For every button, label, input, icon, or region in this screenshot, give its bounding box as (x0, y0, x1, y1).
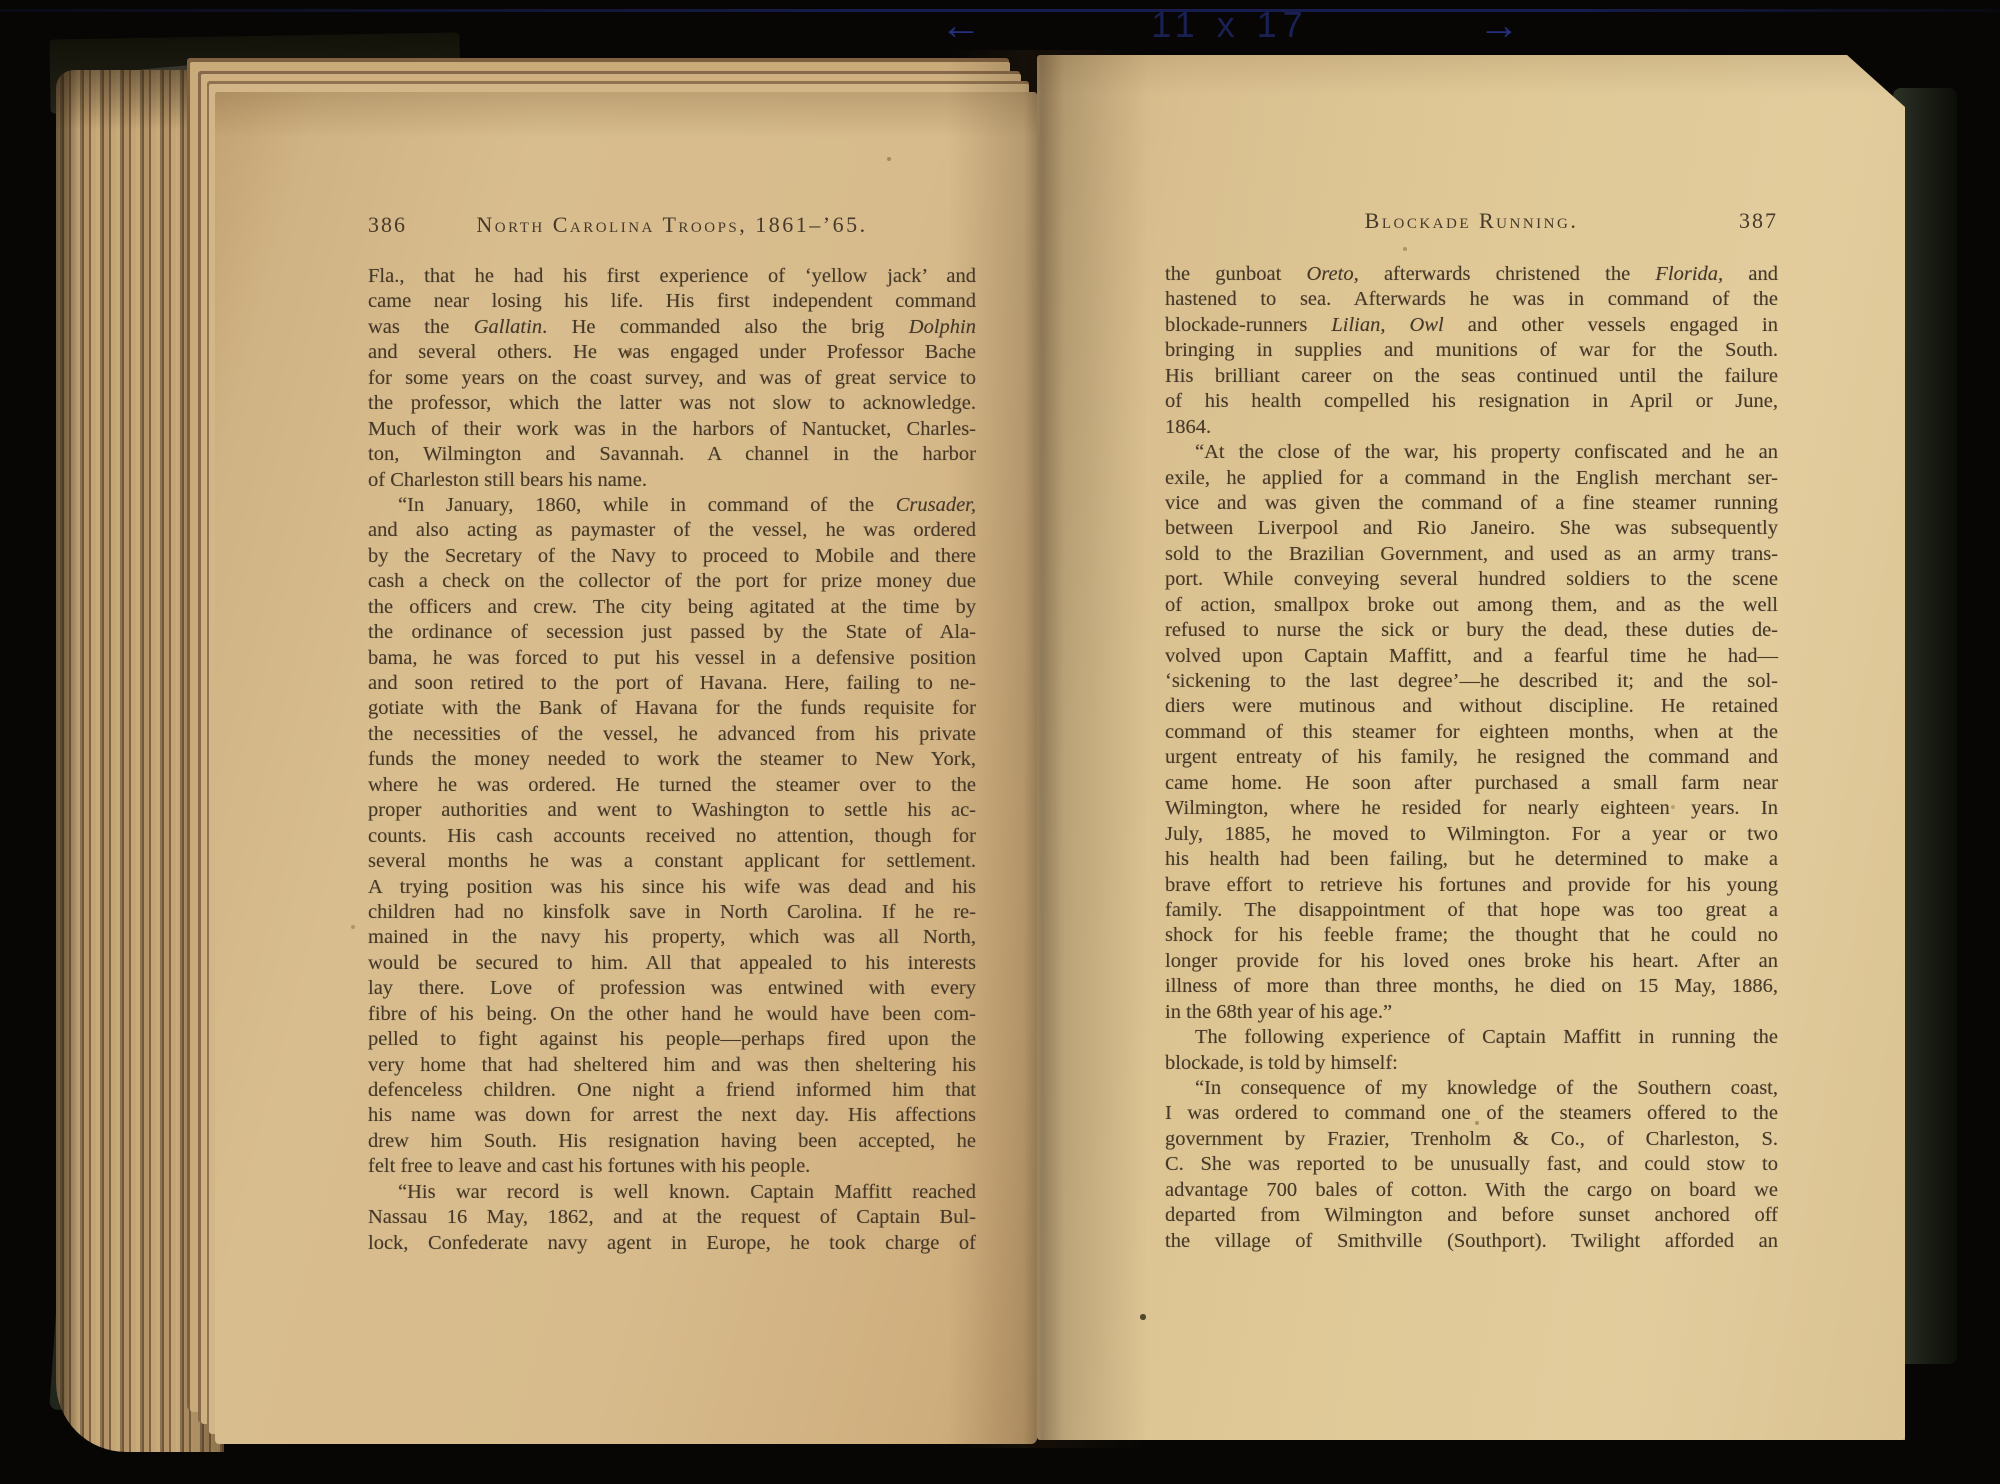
text-line: urgent entreaty of his family, he resign… (1165, 745, 1778, 770)
text-line: lock, Confederate navy agent in Europe, … (368, 1231, 976, 1256)
text-line: government by Frazier, Trenholm & Co., o… (1165, 1127, 1778, 1152)
text-line: refused to nurse the sick or bury the de… (1165, 618, 1778, 643)
text-line: was the Gallatin. He commanded also the … (368, 315, 976, 340)
page-number: 387 (1739, 208, 1778, 234)
text-line: gotiate with the Bank of Havana for the … (368, 696, 976, 721)
text-line: in the 68th year of his age.” (1165, 1000, 1778, 1025)
text-line: illness of more than three months, he di… (1165, 974, 1778, 999)
text-line: advantage 700 bales of cotton. With the … (1165, 1178, 1778, 1203)
text-line: felt free to leave and cast his fortunes… (368, 1154, 976, 1179)
text-line: counts. His cash accounts received no at… (368, 824, 976, 849)
text-line: vice and was given the command of a fine… (1165, 491, 1778, 516)
text-line: family. The disappointment of that hope … (1165, 898, 1778, 923)
text-line: bringing in supplies and munitions of wa… (1165, 338, 1778, 363)
scanner-size-marking: ← 11 x 17 → (940, 4, 1520, 46)
text-line: exile, he applied for a command in the E… (1165, 466, 1778, 491)
paper-specks (0, 0, 2, 2)
text-line: ton, Wilmington and Savannah. A channel … (368, 442, 976, 467)
page-number: 386 (368, 212, 407, 238)
text-line: ‘sickening to the last degree’—he descri… (1165, 669, 1778, 694)
left-arrow-icon: ← (940, 4, 982, 46)
text-line: shock for his feeble frame; the thought … (1165, 923, 1778, 948)
text-line: children had no kinsfolk save in North C… (368, 900, 976, 925)
text-line: pelled to fight against his people—perha… (368, 1027, 976, 1052)
text-line: Nassau 16 May, 1862, and at the request … (368, 1205, 976, 1230)
text-line: the officers and crew. The city being ag… (368, 595, 976, 620)
text-line: blockade, is told by himself: (1165, 1051, 1778, 1076)
text-line: the professor, which the latter was not … (368, 391, 976, 416)
text-line: mained in the navy his property, which w… (368, 925, 976, 950)
text-line: port. While conveying several hundred so… (1165, 567, 1778, 592)
text-line: defenceless children. One night a friend… (368, 1078, 976, 1103)
text-line: funds the money needed to work the steam… (368, 747, 976, 772)
stacked-page-edges (56, 70, 224, 1452)
text-line: sold to the Brazilian Government, and us… (1165, 542, 1778, 567)
text-line: the gunboat Oreto, afterwards christened… (1165, 262, 1778, 287)
text-line: drew him South. His resignation having b… (368, 1129, 976, 1154)
text-line: of action, smallpox broke out among them… (1165, 593, 1778, 618)
text-line: A trying position was his since his wife… (368, 875, 976, 900)
text-line: Wilmington, where he resided for nearly … (1165, 796, 1778, 821)
text-line: volved upon Captain Maffitt, and a fearf… (1165, 644, 1778, 669)
text-line: The following experience of Captain Maff… (1165, 1025, 1778, 1050)
text-line: command of this steamer for eighteen mon… (1165, 720, 1778, 745)
text-line: departed from Wilmington and before suns… (1165, 1203, 1778, 1228)
text-line: very home that had sheltered him and was… (368, 1053, 976, 1078)
text-line: “In consequence of my knowledge of the S… (1165, 1076, 1778, 1101)
text-line: blockade-runners Lilian, Owl and other v… (1165, 313, 1778, 338)
text-line: longer provide for his loved ones broke … (1165, 949, 1778, 974)
right-page-body: the gunboat Oreto, afterwards christened… (1165, 262, 1778, 1254)
text-line: would be secured to him. All that appeal… (368, 951, 976, 976)
running-title: Blockade Running. (1165, 208, 1778, 234)
text-line: between Liverpool and Rio Janeiro. She w… (1165, 516, 1778, 541)
right-page-header: Blockade Running. 387 (1165, 208, 1778, 238)
text-line: and several others. He was engaged under… (368, 340, 976, 365)
text-line: I was ordered to command one of the stea… (1165, 1101, 1778, 1126)
text-line: and soon retired to the port of Havana. … (368, 671, 976, 696)
text-line: “At the close of the war, his property c… (1165, 440, 1778, 465)
text-line: “His war record is well known. Captain M… (368, 1180, 976, 1205)
text-line: 1864. (1165, 415, 1778, 440)
book-scan: ← 11 x 17 → 386 North Carolina Troops, 1… (0, 0, 2000, 1484)
text-line: bama, he was forced to put his vessel in… (368, 646, 976, 671)
text-line: “In January, 1860, while in command of t… (368, 493, 976, 518)
running-title: North Carolina Troops, 1861–’65. (368, 212, 976, 238)
text-line: for some years on the coast survey, and … (368, 366, 976, 391)
text-line: Much of their work was in the harbors of… (368, 417, 976, 442)
left-page-body: Fla., that he had his first experience o… (368, 264, 976, 1256)
right-page-text: Blockade Running. 387 the gunboat Oreto,… (1165, 208, 1778, 238)
text-line: his health had been failing, but he dete… (1165, 847, 1778, 872)
right-arrow-icon: → (1478, 4, 1520, 46)
text-line: proper authorities and went to Washingto… (368, 798, 976, 823)
text-line: the necessities of the vessel, he advanc… (368, 722, 976, 747)
text-line: the ordinance of secession just passed b… (368, 620, 976, 645)
text-line: C. She was reported to be unusually fast… (1165, 1152, 1778, 1177)
left-page-text: 386 North Carolina Troops, 1861–’65. Fla… (368, 212, 976, 242)
text-line: came near losing his life. His first ind… (368, 289, 976, 314)
text-line: His brilliant career on the seas continu… (1165, 364, 1778, 389)
text-line: of his health compelled his resignation … (1165, 389, 1778, 414)
text-line: lay there. Love of profession was entwin… (368, 976, 976, 1001)
text-line: hastened to sea. Afterwards he was in co… (1165, 287, 1778, 312)
text-line: brave effort to retrieve his fortunes an… (1165, 873, 1778, 898)
text-line: his name was down for arrest the next da… (368, 1103, 976, 1128)
text-line: and also acting as paymaster of the vess… (368, 518, 976, 543)
text-line: of Charleston still bears his name. (368, 468, 976, 493)
text-line: July, 1885, he moved to Wilmington. For … (1165, 822, 1778, 847)
text-line: cash a check on the collector of the por… (368, 569, 976, 594)
text-line: diers were mutinous and without discipli… (1165, 694, 1778, 719)
text-line: came home. He soon after purchased a sma… (1165, 771, 1778, 796)
text-line: fibre of his being. On the other hand he… (368, 1002, 976, 1027)
scanner-size-label: 11 x 17 (1151, 4, 1308, 46)
text-line: several months he was a constant applica… (368, 849, 976, 874)
text-line: Fla., that he had his first experience o… (368, 264, 976, 289)
text-line: where he was ordered. He turned the stea… (368, 773, 976, 798)
left-page-header: 386 North Carolina Troops, 1861–’65. (368, 212, 976, 242)
text-line: the village of Smithville (Southport). T… (1165, 1229, 1778, 1254)
text-line: by the Secretary of the Navy to proceed … (368, 544, 976, 569)
